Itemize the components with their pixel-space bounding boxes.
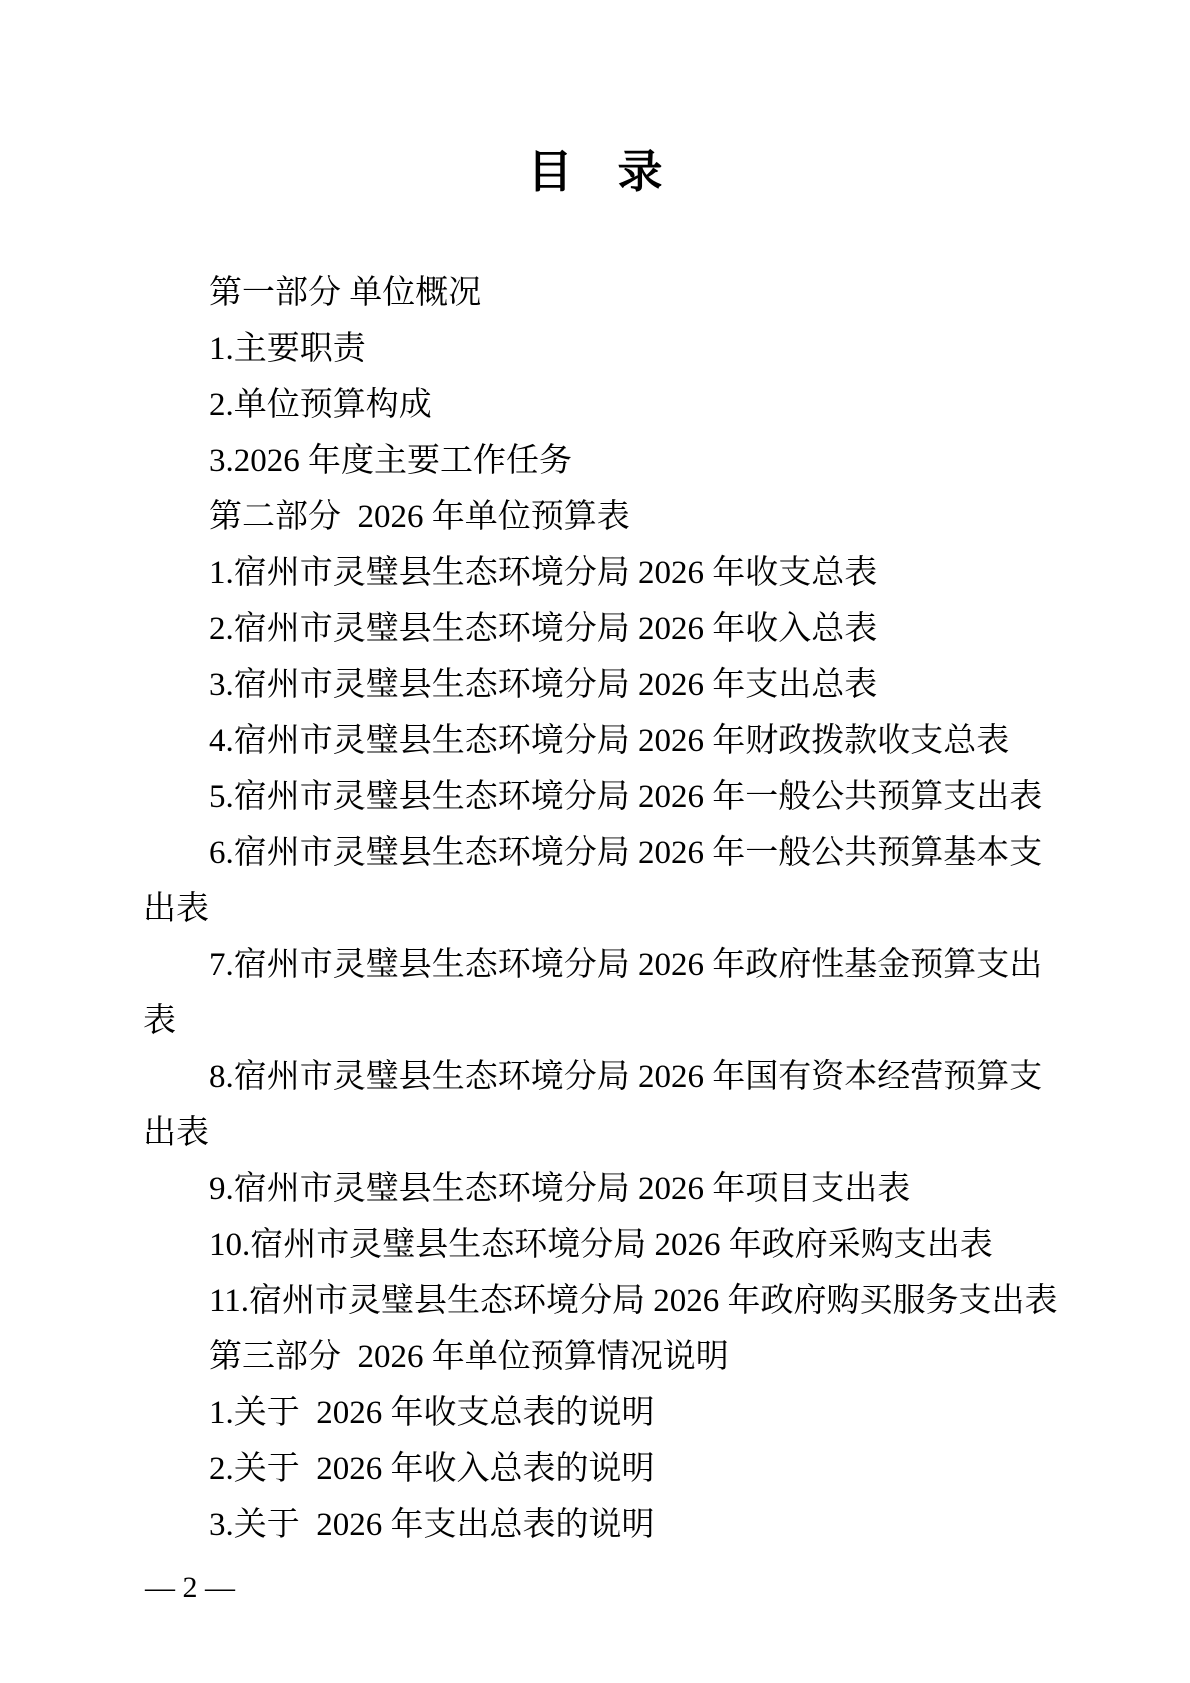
toc-part3-heading: 第三部分 2026 年单位预算情况说明 <box>143 1329 1065 1385</box>
toc-entry: 9.宿州市灵璧县生态环境分局 2026 年项目支出表 <box>143 1161 1065 1217</box>
toc-entry: 1.宿州市灵璧县生态环境分局 2026 年收支总表 <box>143 545 1065 601</box>
toc-entry: 2.关于 2026 年收入总表的说明 <box>143 1441 1065 1497</box>
toc-entry: 11.宿州市灵璧县生态环境分局 2026 年政府购买服务支出表 <box>143 1273 1065 1329</box>
toc-entry: 3.关于 2026 年支出总表的说明 <box>143 1497 1065 1553</box>
toc-entry: 3.宿州市灵璧县生态环境分局 2026 年支出总表 <box>143 657 1065 713</box>
page-number: — 2 — <box>145 1570 235 1606</box>
toc-part2-heading: 第二部分 2026 年单位预算表 <box>143 489 1065 545</box>
toc-entry: 2.宿州市灵璧县生态环境分局 2026 年收入总表 <box>143 601 1065 657</box>
table-of-contents: 第一部分 单位概况 1.主要职责 2.单位预算构成 3.2026 年度主要工作任… <box>143 265 1065 1553</box>
toc-entry: 3.2026 年度主要工作任务 <box>143 433 1065 489</box>
toc-part1-heading: 第一部分 单位概况 <box>143 265 1065 321</box>
toc-entry: 1.关于 2026 年收支总表的说明 <box>143 1385 1065 1441</box>
toc-entry: 2.单位预算构成 <box>143 377 1065 433</box>
toc-entry: 10.宿州市灵璧县生态环境分局 2026 年政府采购支出表 <box>143 1217 1065 1273</box>
toc-entry: 8.宿州市灵璧县生态环境分局 2026 年国有资本经营预算支出表 <box>143 1049 1065 1161</box>
toc-entry: 4.宿州市灵璧县生态环境分局 2026 年财政拨款收支总表 <box>143 713 1065 769</box>
document-page: 目 录 第一部分 单位概况 1.主要职责 2.单位预算构成 3.2026 年度主… <box>0 0 1190 1683</box>
toc-entry: 7.宿州市灵璧县生态环境分局 2026 年政府性基金预算支出表 <box>143 937 1065 1049</box>
toc-entry: 5.宿州市灵璧县生态环境分局 2026 年一般公共预算支出表 <box>143 769 1065 825</box>
document-title: 目 录 <box>0 144 1190 200</box>
toc-entry: 6.宿州市灵璧县生态环境分局 2026 年一般公共预算基本支出表 <box>143 825 1065 937</box>
toc-entry: 1.主要职责 <box>143 321 1065 377</box>
